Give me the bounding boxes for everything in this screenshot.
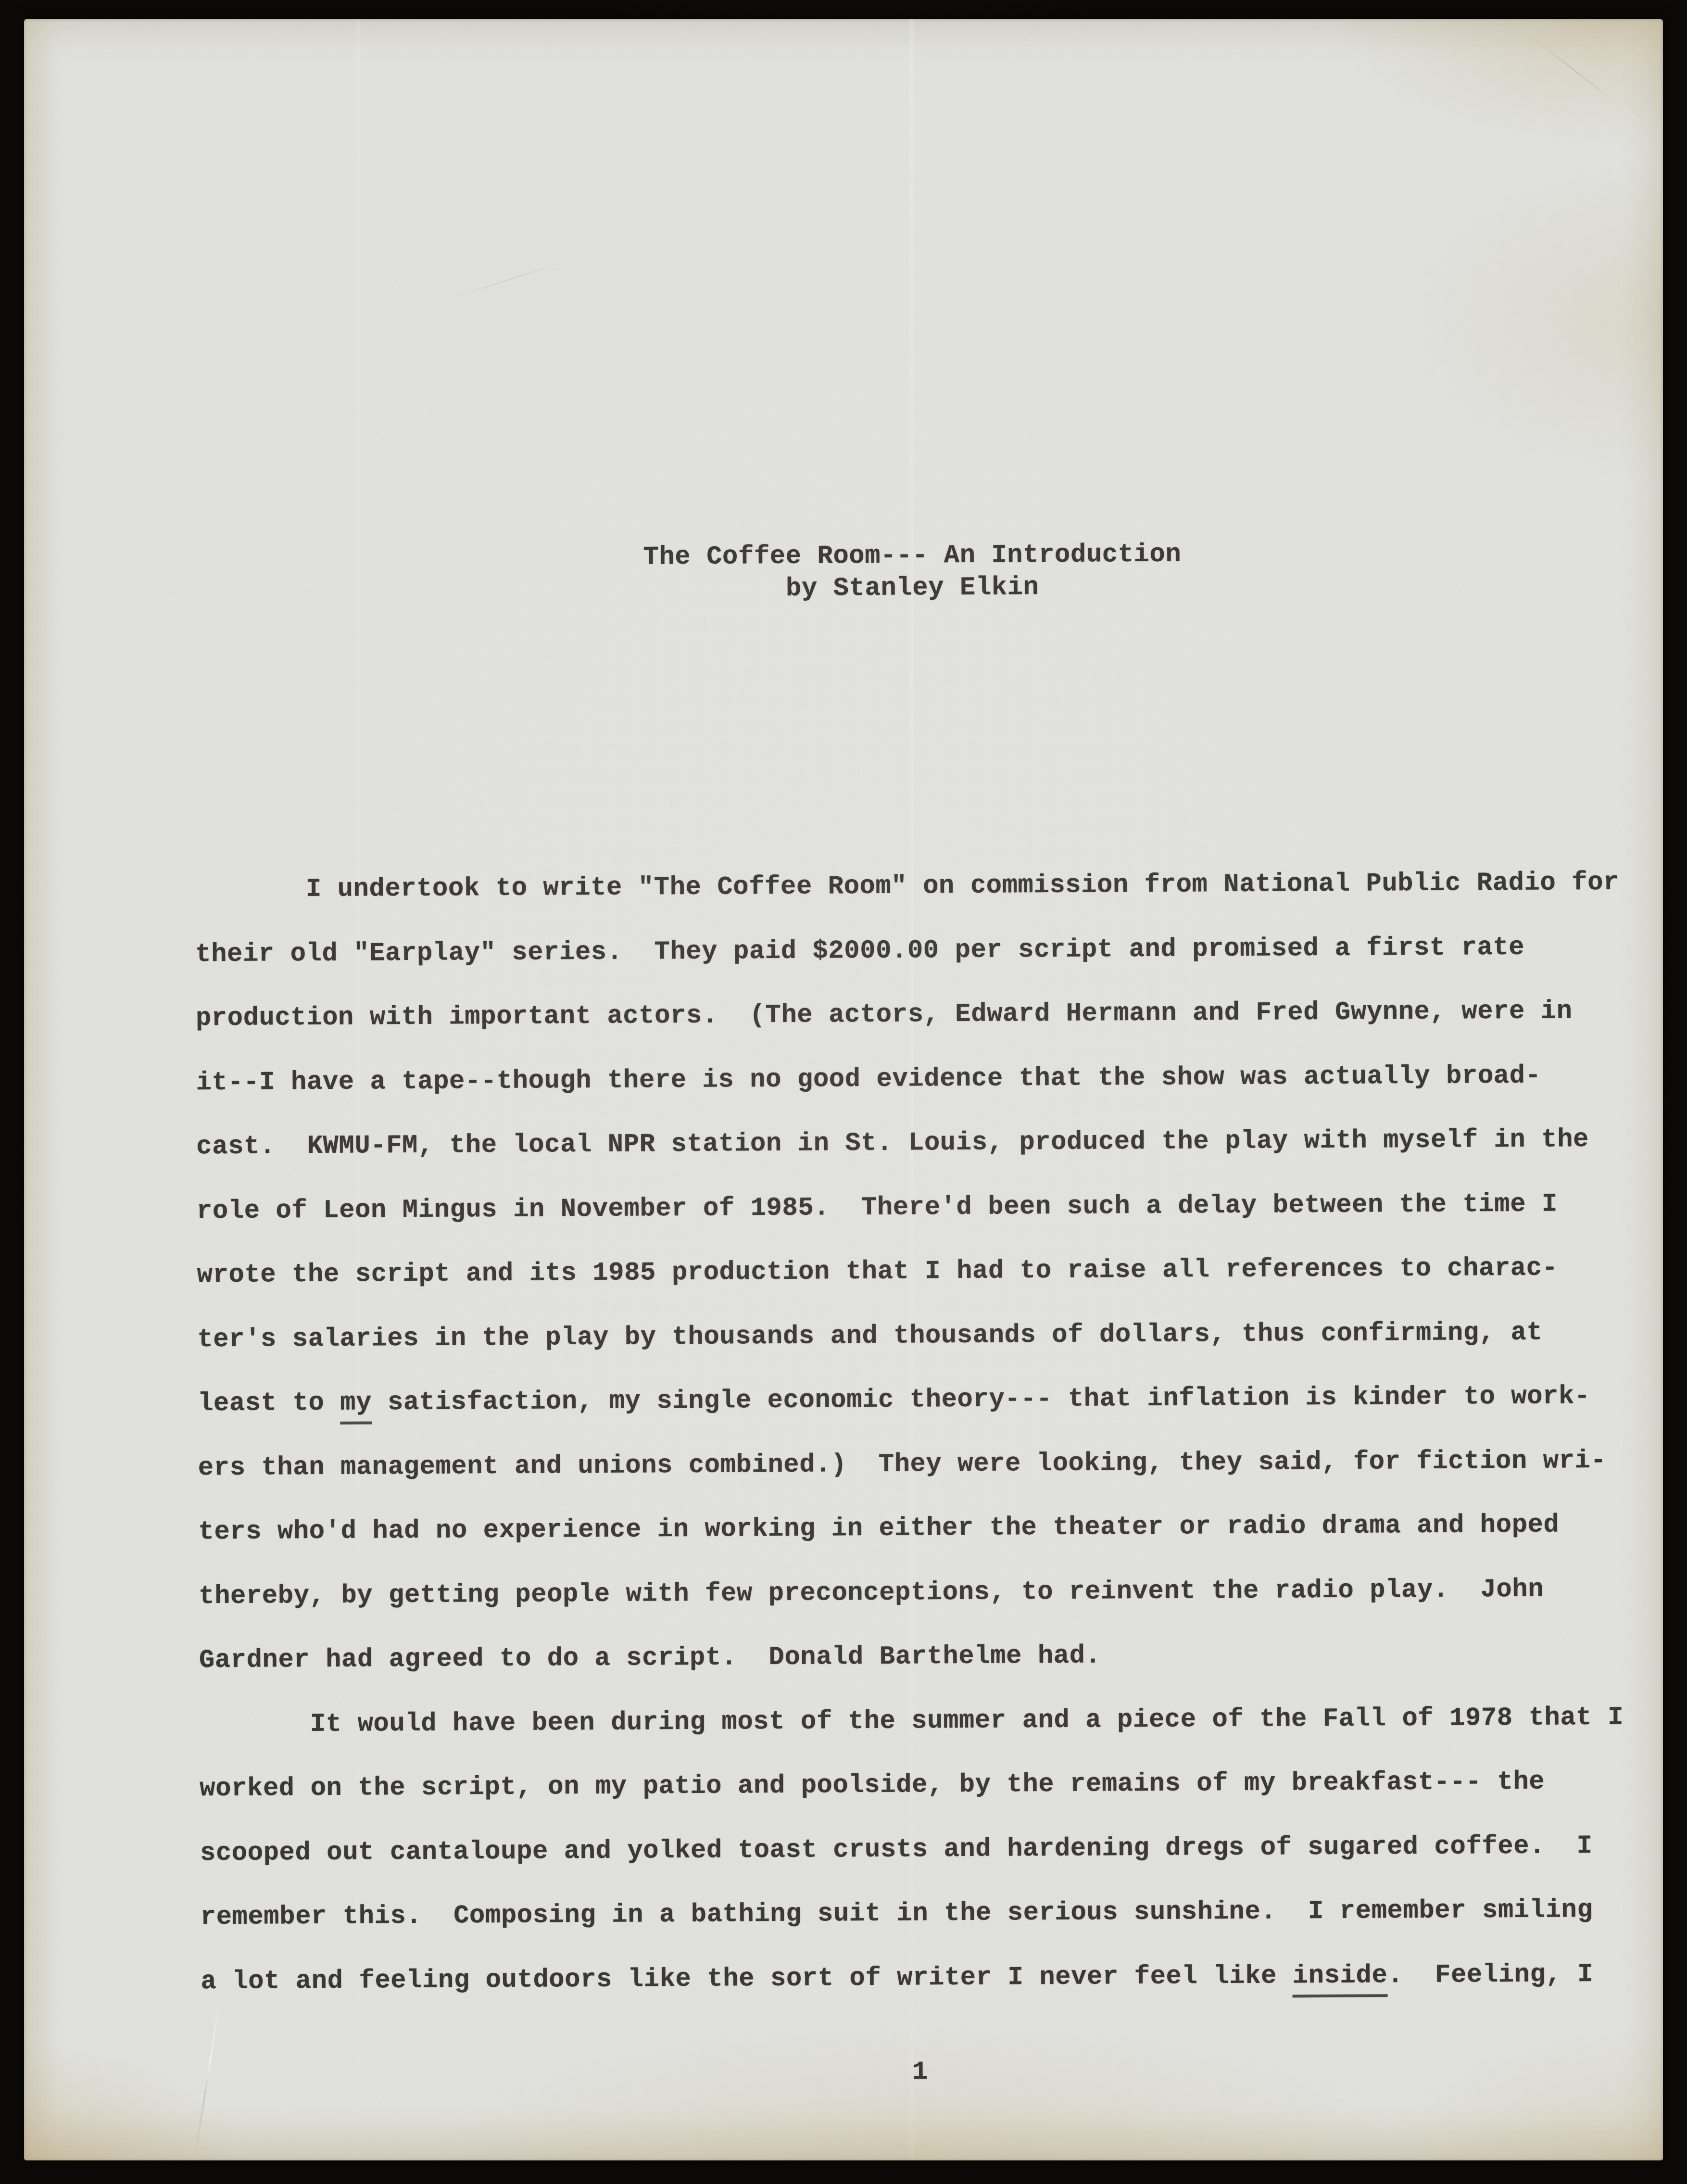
text-line: worked on the script, on my patio and po… <box>200 1750 1624 1821</box>
text-segment: ters who'd had no experience in working … <box>198 1510 1559 1547</box>
text-segment: It would have been during most of the su… <box>199 1703 1624 1740</box>
typed-content: The Coffee Room--- An Introduction by St… <box>18 15 1668 2165</box>
underlined-word: inside <box>1293 1961 1388 1997</box>
text-segment: production with important actors. (The a… <box>196 997 1573 1033</box>
text-segment: worked on the script, on my patio and po… <box>200 1767 1545 1804</box>
text-segment: wrote the script and its 1985 production… <box>197 1253 1558 1290</box>
text-line: least to my satisfaction, my single econ… <box>198 1364 1622 1436</box>
text-segment: ter's salaries in the play by thousands … <box>197 1318 1542 1354</box>
text-segment: cast. KWMU-FM, the local NPR station in … <box>196 1125 1589 1161</box>
text-segment: remember this. Composing in a bathing su… <box>200 1895 1593 1932</box>
page-number: 1 <box>201 2037 1639 2108</box>
text-line: cast. KWMU-FM, the local NPR station in … <box>196 1108 1621 1179</box>
body-text: I undertook to write "The Coffee Room" o… <box>195 851 1625 2014</box>
text-line: ers than management and unions combined.… <box>198 1428 1622 1500</box>
text-line: production with important actors. (The a… <box>196 979 1620 1051</box>
text-segment: their old "Earplay" series. They paid $2… <box>195 933 1524 969</box>
text-line: their old "Earplay" series. They paid $2… <box>195 915 1620 986</box>
document-page: The Coffee Room--- An Introduction by St… <box>24 19 1663 2160</box>
text-line: wrote the script and its 1985 production… <box>197 1236 1621 1308</box>
text-line: It would have been during most of the su… <box>199 1685 1624 1757</box>
text-line: scooped out cantaloupe and yolked toast … <box>200 1814 1624 1885</box>
text-segment: it--I have a tape--though there is no go… <box>196 1061 1541 1098</box>
text-line: remember this. Composing in a bathing su… <box>200 1878 1624 1950</box>
text-line: a lot and feeling outdoors like the sort… <box>201 1942 1625 2014</box>
text-line: ters who'd had no experience in working … <box>198 1493 1623 1565</box>
scanned-document: The Coffee Room--- An Introduction by St… <box>0 0 1687 2184</box>
document-title: The Coffee Room--- An Introduction by St… <box>193 536 1632 608</box>
text-line: Gardner had agreed to do a script. Donal… <box>199 1621 1624 1693</box>
underlined-word: my <box>340 1388 372 1424</box>
text-line: thereby, by getting people with few prec… <box>199 1557 1623 1629</box>
text-segment: . Feeling, I <box>1387 1960 1593 1990</box>
text-line: ter's salaries in the play by thousands … <box>197 1300 1622 1372</box>
text-segment: I undertook to write "The Coffee Room" o… <box>195 868 1619 905</box>
text-segment: ers than management and unions combined.… <box>198 1446 1607 1482</box>
text-segment: satisfaction, my single economic theory-… <box>372 1382 1590 1417</box>
text-segment: Gardner had agreed to do a script. Donal… <box>199 1641 1101 1675</box>
text-segment: least to <box>198 1389 340 1419</box>
text-segment: a lot and feeling outdoors like the sort… <box>201 1961 1293 1996</box>
text-segment: scooped out cantaloupe and yolked toast … <box>200 1831 1593 1868</box>
text-line: role of Leon Mingus in November of 1985.… <box>197 1172 1621 1243</box>
text-line: it--I have a tape--though there is no go… <box>196 1043 1620 1115</box>
text-segment: thereby, by getting people with few prec… <box>199 1575 1544 1611</box>
text-segment: role of Leon Mingus in November of 1985.… <box>197 1189 1558 1226</box>
title-line-2: by Stanley Elkin <box>193 568 1631 608</box>
text-line: I undertook to write "The Coffee Room" o… <box>195 851 1619 922</box>
